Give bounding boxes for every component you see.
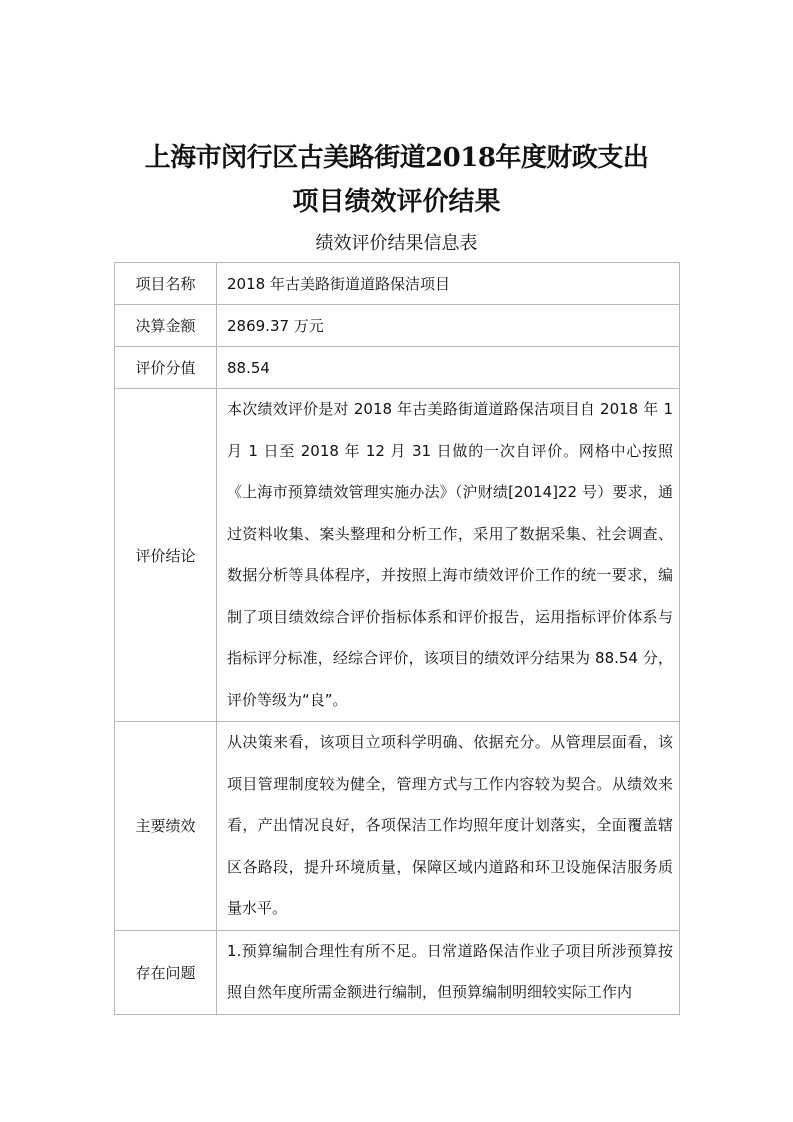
table-row-issues: 存在问题 1.预算编制合理性有所不足。日常道路保洁作业子项目所涉预算按照自然年度… [115,930,680,1014]
value-project-name: 2018 年古美路街道道路保洁项目 [217,263,680,305]
performance-info-table: 项目名称 2018 年古美路街道道路保洁项目 决算金额 2869.37 万元 评… [114,262,680,1015]
label-project-name: 项目名称 [115,263,217,305]
value-issues: 1.预算编制合理性有所不足。日常道路保洁作业子项目所涉预算按照自然年度所需金额进… [217,930,680,1014]
table-row-final-amount: 决算金额 2869.37 万元 [115,305,680,347]
table-row-main-performance: 主要绩效 从决策来看，该项目立项科学明确、依据充分。从管理层面看，该项目管理制度… [115,722,680,931]
label-main-performance: 主要绩效 [115,722,217,931]
table-row-project-name: 项目名称 2018 年古美路街道道路保洁项目 [115,263,680,305]
value-score: 88.54 [217,347,680,389]
document-title-line1: 上海市闵行区古美路街道2018年度财政支出 [0,140,793,176]
table-row-score: 评价分值 88.54 [115,347,680,389]
label-issues: 存在问题 [115,930,217,1014]
value-main-performance: 从决策来看，该项目立项科学明确、依据充分。从管理层面看，该项目管理制度较为健全，… [217,722,680,931]
value-final-amount: 2869.37 万元 [217,305,680,347]
table-caption: 绩效评价结果信息表 [0,230,793,258]
document-title-line2: 项目绩效评价结果 [0,184,793,220]
table-row-conclusion: 评价结论 本次绩效评价是对 2018 年古美路街道道路保洁项目自 2018 年 … [115,389,680,722]
label-conclusion: 评价结论 [115,389,217,722]
value-conclusion: 本次绩效评价是对 2018 年古美路街道道路保洁项目自 2018 年 1 月 1… [217,389,680,722]
label-final-amount: 决算金额 [115,305,217,347]
label-score: 评价分值 [115,347,217,389]
